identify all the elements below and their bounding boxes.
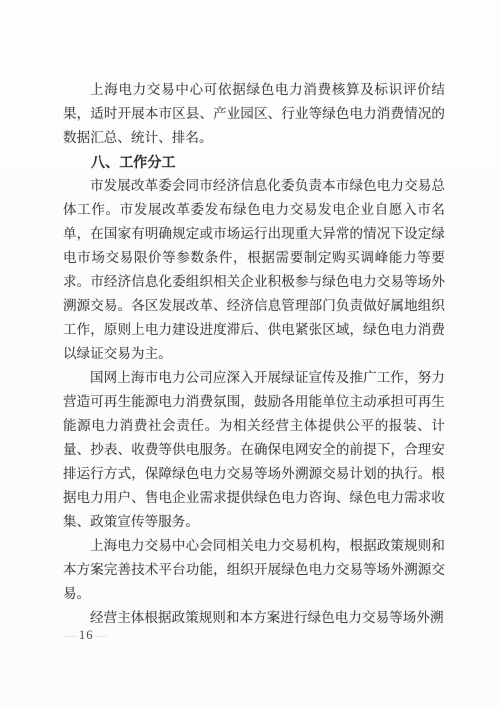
page-number-dash-right: — [94, 630, 110, 642]
paragraph-state-grid-responsibilities: 国网上海市电力公司应深入开展绿证宣传及推广工作，努力营造可再生能源电力消费氛围，… [63, 366, 445, 534]
page-number-value: 16 [79, 628, 94, 642]
section-heading-work-division: 八、工作分工 [63, 150, 445, 174]
paragraph-ndrc-responsibilities: 市发展改革委会同市经济信息化委负责本市绿色电力交易总体工作。市发展改革委发布绿色… [63, 174, 445, 366]
paragraph-market-entities: 经营主体根据政策规则和本方案进行绿色电力交易等场外溯 [63, 606, 445, 630]
paragraph-consumption-ranking: 上海电力交易中心可依据绿色电力消费核算及标识评价结果，适时开展本市区县、产业园区… [63, 78, 445, 150]
document-page: 上海电力交易中心可依据绿色电力消费核算及标识评价结果，适时开展本市区县、产业园区… [0, 0, 500, 706]
page-number: —16— [63, 628, 110, 643]
page-number-dash-left: — [63, 630, 79, 642]
document-body: 上海电力交易中心可依据绿色电力消费核算及标识评价结果，适时开展本市区县、产业园区… [63, 78, 445, 630]
paragraph-exchange-platform: 上海电力交易中心会同相关电力交易机构，根据政策规则和本方案完善技术平台功能，组织… [63, 534, 445, 606]
